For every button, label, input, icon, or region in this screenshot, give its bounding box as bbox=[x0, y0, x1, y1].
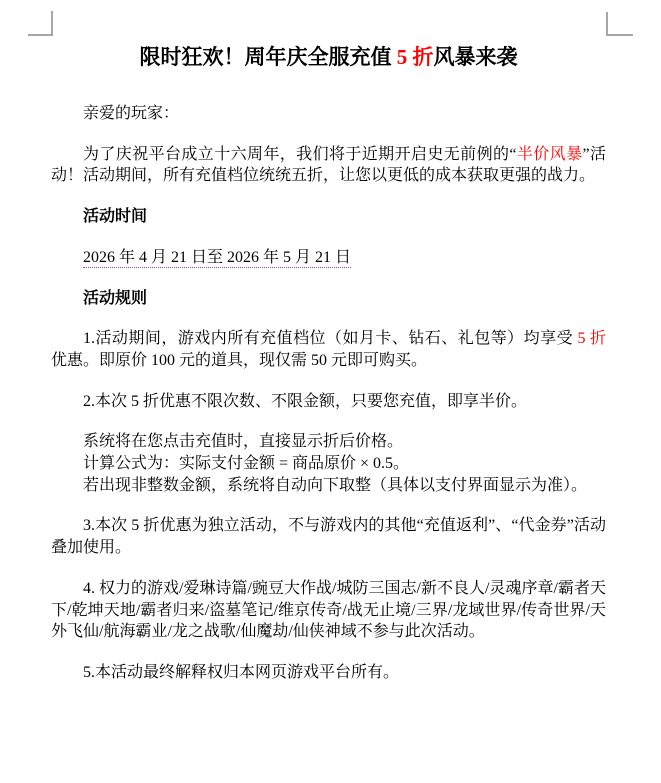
text-run: 风暴来袭 bbox=[434, 45, 518, 69]
activity-date: 2026 年 4 月 21 日至 2026 年 5 月 21 日 bbox=[51, 247, 606, 269]
document-page: { "page": { "colors": { "crop-color": "#… bbox=[0, 0, 661, 783]
red-highlight-text: 半价风暴 bbox=[516, 146, 582, 163]
text-run: 计算公式为：实际支付金额 = 商品原价 × 0.5。 bbox=[83, 455, 409, 472]
rule-4-excluded-games: 4. 权力的游戏/爱琳诗篇/豌豆大作战/城防三国志/新不良人/灵魂序章/霸者天下… bbox=[51, 578, 606, 643]
heading-activity-time: 活动时间 bbox=[51, 206, 606, 228]
text-run: 1.活动期间，游戏内所有充值档位（如月卡、钻石、礼包等）均享受 bbox=[83, 330, 578, 347]
rule-2-note-1: 系统将在您点击充值时，直接显示折后价格。 bbox=[51, 431, 606, 453]
page-margin-corner-mark-top-left bbox=[28, 11, 53, 36]
text-run: 5.本活动最终解释权归本网页游戏平台所有。 bbox=[83, 664, 399, 681]
text-run: 亲爱的玩家： bbox=[83, 105, 179, 122]
document-title: 限时狂欢！周年庆全服充值 5 折风暴来袭 bbox=[51, 42, 606, 72]
text-run: 为了庆祝平台成立十六周年，我们将于近期开启史无前例的“ bbox=[83, 146, 516, 163]
text-run: 优惠。即原价 100 元的道具，现仅需 50 元即可购买。 bbox=[51, 352, 427, 369]
rule-2: 2.本次 5 折优惠不限次数、不限金额，只要您充值，即享半价。 bbox=[51, 391, 606, 413]
text-run: 2.本次 5 折优惠不限次数、不限金额，只要您充值，即享半价。 bbox=[83, 393, 527, 410]
proofing-underlined-text: 2026 年 4 月 21 日至 2026 年 5 月 21 日 bbox=[83, 249, 351, 268]
heading-activity-rules: 活动规则 bbox=[51, 288, 606, 310]
text-run: 活动规则 bbox=[83, 290, 147, 307]
red-highlight-text: 5 折 bbox=[578, 330, 606, 347]
text-run: 系统将在您点击充值时，直接显示折后价格。 bbox=[83, 433, 403, 450]
rule-2-note-3: 若出现非整数金额，系统将自动向下取整（具体以支付界面显示为准）。 bbox=[51, 475, 606, 497]
text-run: 4. 权力的游戏/爱琳诗篇/豌豆大作战/城防三国志/新不良人/灵魂序章/霸者天下… bbox=[51, 580, 606, 640]
salutation: 亲爱的玩家： bbox=[51, 103, 606, 125]
text-run: 限时狂欢！周年庆全服充值 bbox=[140, 45, 397, 69]
intro-paragraph: 为了庆祝平台成立十六周年，我们将于近期开启史无前例的“半价风暴”活动！活动期间，… bbox=[51, 144, 606, 187]
text-run: 活动时间 bbox=[83, 208, 147, 225]
red-highlight-text: 5 折 bbox=[397, 45, 434, 69]
rule-2-note-2: 计算公式为：实际支付金额 = 商品原价 × 0.5。 bbox=[51, 453, 606, 475]
rule-3: 3.本次 5 折优惠为独立活动，不与游戏内的其他“充值返利”、“代金券”活动叠加… bbox=[51, 515, 606, 558]
rule-1: 1.活动期间，游戏内所有充值档位（如月卡、钻石、礼包等）均享受 5 折优惠。即原… bbox=[51, 328, 606, 371]
rule-5-final-interpretation: 5.本活动最终解释权归本网页游戏平台所有。 bbox=[51, 662, 606, 684]
text-run: 若出现非整数金额，系统将自动向下取整（具体以支付界面显示为准）。 bbox=[83, 477, 587, 494]
document-content: 限时狂欢！周年庆全服充值 5 折风暴来袭 亲爱的玩家：为了庆祝平台成立十六周年，… bbox=[51, 0, 606, 684]
text-run: 3.本次 5 折优惠为独立活动，不与游戏内的其他“充值返利”、“代金券”活动叠加… bbox=[51, 517, 606, 556]
page-margin-corner-mark-top-right bbox=[606, 12, 633, 36]
document-body: 亲爱的玩家：为了庆祝平台成立十六周年，我们将于近期开启史无前例的“半价风暴”活动… bbox=[51, 103, 606, 684]
